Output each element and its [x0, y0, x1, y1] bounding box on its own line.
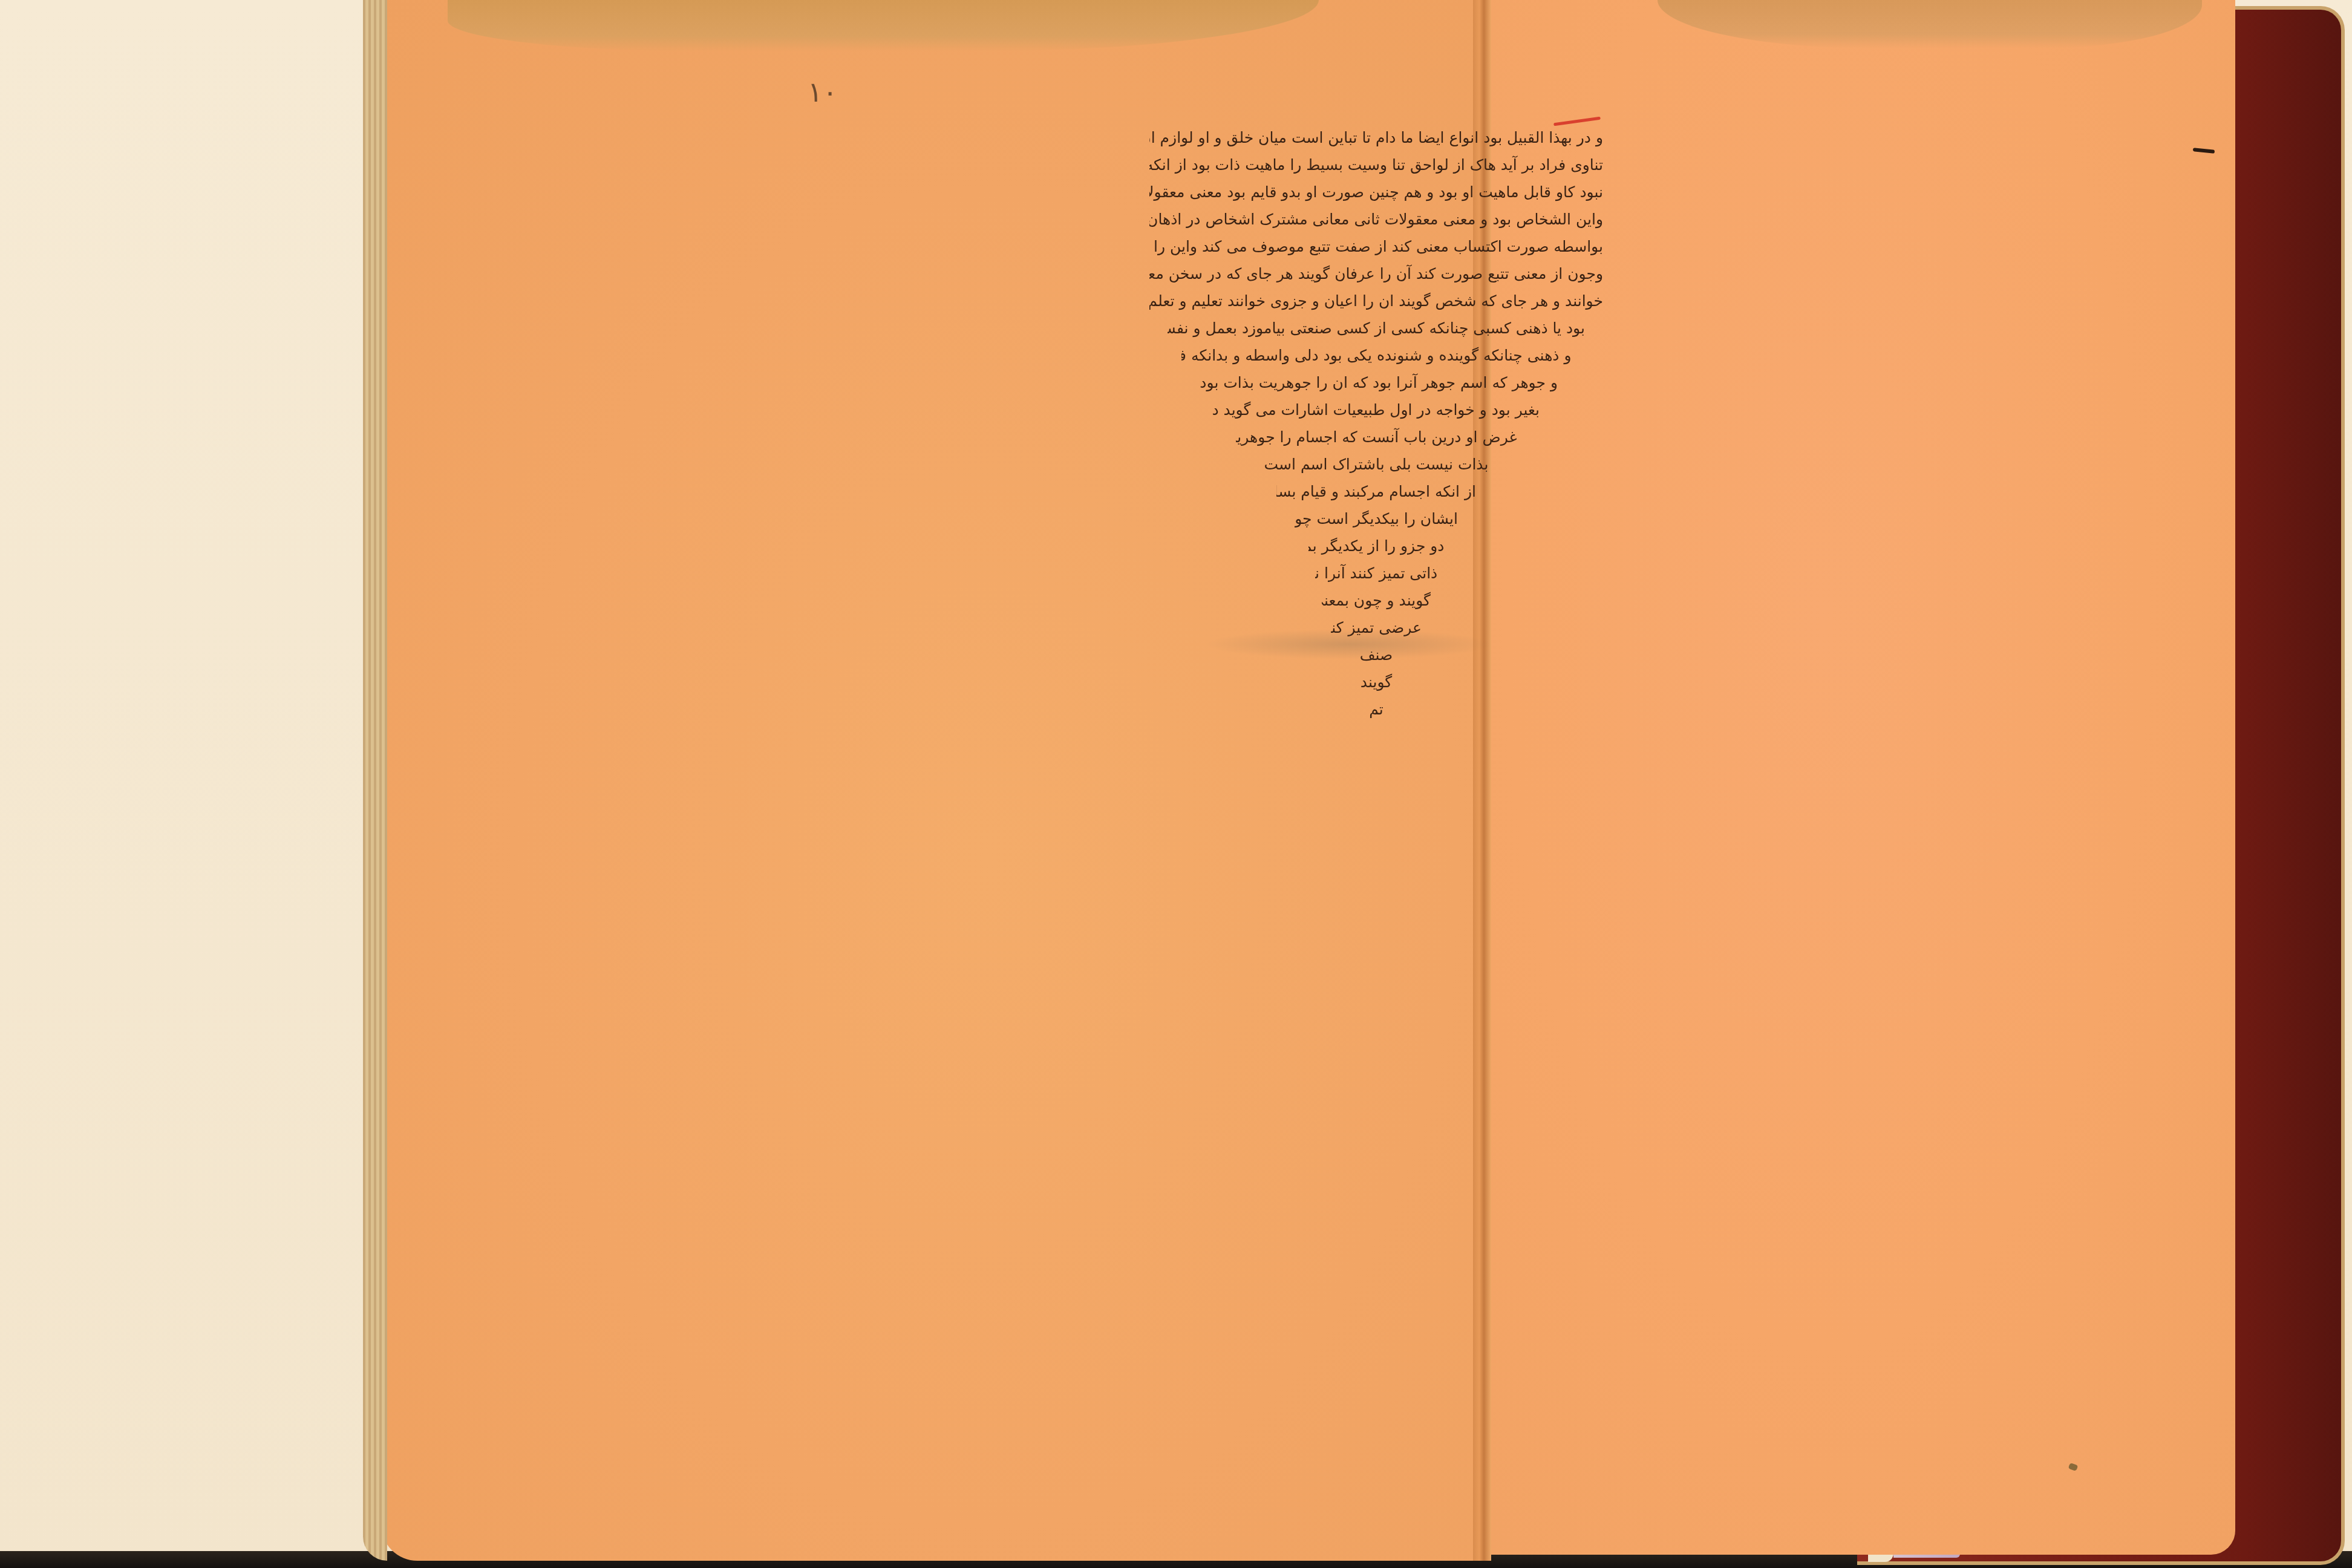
text-line: گویند و چون بمعنی: [1322, 587, 1431, 614]
text-line: دو جزو را از یکدیگر بمعنی: [1308, 532, 1445, 560]
text-line: نبود کاو قابل ماهیت او بود و هم چنین صور…: [1149, 178, 1603, 206]
text-line: خوانند و هر جای که شخص گویند ان را اعیان…: [1149, 287, 1603, 315]
text-line: و جوهر که اسم جوهر آنرا بود که ان را جوه…: [1195, 369, 1558, 396]
text-line: صنف: [1349, 641, 1403, 668]
text-line: غرض او درین باب آنست که اجسام را جوهریت: [1236, 423, 1517, 451]
text-line: از انکه اجسام مرکبند و قیام بسایط: [1276, 478, 1476, 505]
left-page-stack-edge: [363, 0, 387, 1561]
text-line: تم: [1358, 696, 1394, 723]
text-line: ایشان را بیکدیگر است چون: [1295, 505, 1458, 532]
text-line: ذاتی تمیز کنند آنرا نوع: [1315, 560, 1438, 587]
text-line: واین الشخاص بود و معنی معقولات ثانی معان…: [1149, 206, 1603, 233]
text-line: بواسطه صورت اکتساب معنی کند از صفت تتبع …: [1149, 233, 1603, 260]
text-line: و ذهنی چنانکه گوینده و شنونده یکی بود دل…: [1181, 342, 1572, 369]
text-line: تناوی فراد بر آید هاک از لواحق تنا وسیت …: [1149, 151, 1603, 178]
text-line: وجون از معنی تتبع صورت کند آن را عرفان گ…: [1149, 260, 1603, 287]
folio-number: ۱۰: [808, 76, 837, 108]
text-line: و در بهذا القبیل بود انواع ایضا ما دام ت…: [1149, 124, 1603, 151]
text-line: بود یا ذهنی کسبی چنانکه کسی از کسی صنعتی…: [1168, 315, 1585, 342]
text-line: بغیر بود و خواجه در اول طبیعیات اشارات م…: [1213, 396, 1540, 423]
text-line: عرضی تمیز کنند: [1331, 614, 1422, 641]
colophon-text-block: و در بهذا القبیل بود انواع ایضا ما دام ت…: [1149, 124, 1603, 723]
text-line: گویند: [1349, 668, 1403, 696]
text-line: بذات نیست بلی باشتراک اسم است: [1258, 451, 1494, 478]
